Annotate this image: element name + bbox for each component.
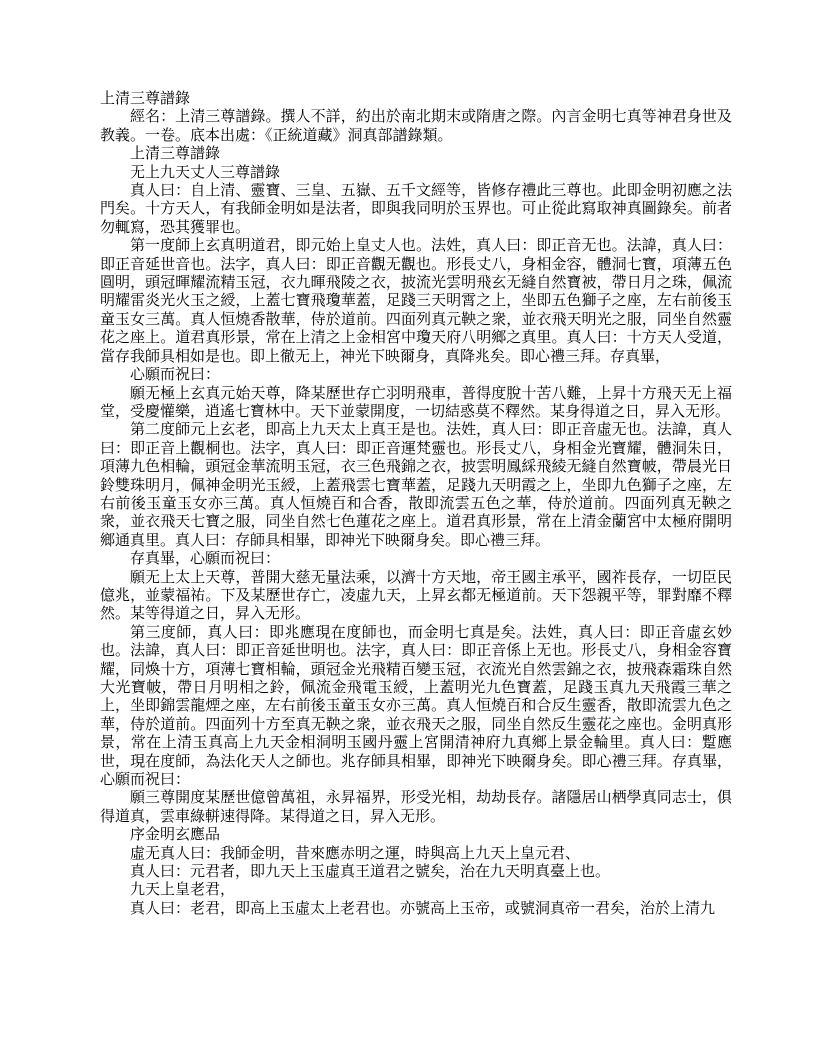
document-body: 上清三尊譜錄 經名：上清三尊譜錄。撰人不詳，約出於南北期末或隋唐之際。內言金明七… <box>100 90 732 918</box>
paragraph-xuwu-zhenren: 虛无真人曰：我師金明，昔來應赤明之運，時與高上九天上皇元君、 <box>100 845 732 863</box>
paragraph-prayer-1: 願无極上玄真元始天尊，降某歷世存亡羽明飛車，普得度脫十苦八難，上昇十方飛天无上福… <box>100 385 732 422</box>
paragraph-prayer-intro-2: 存真畢，心願而祝曰： <box>100 550 732 568</box>
document-page: 上清三尊譜錄 經名：上清三尊譜錄。撰人不詳，約出於南北期末或隋唐之際。內言金明七… <box>0 0 816 1056</box>
paragraph-laojun-line: 九天上皇老君， <box>100 881 732 899</box>
scripture-title-line: 上清三尊譜錄 <box>100 145 732 163</box>
section-title-xu-jinming: 序金明玄應品 <box>100 826 732 844</box>
paragraph-first-master: 第一度師上玄真明道君，即元始上皇丈人也。法姓，真人曰：即正音无也。法諱，真人曰：… <box>100 237 732 366</box>
paragraph-laojun-note: 真人曰：老君，即高上玉虛太上老君也。亦號高上玉帝，或號洞真帝一君矣，治於上清九 <box>100 900 732 918</box>
paragraph-intro: 真人曰：自上清、靈寶、三皇、五嶽、五千文經等，皆修存禮此三尊也。此即金明初應之法… <box>100 182 732 237</box>
colophon-paragraph: 經名：上清三尊譜錄。撰人不詳，約出於南北期末或隋唐之際。內言金明七真等神君身世及… <box>100 108 732 145</box>
paragraph-prayer-2: 願无上太上天尊，普開大慈无量法乘，以濟十方天地，帝王國主承平，國祚長存，一切臣民… <box>100 569 732 624</box>
paragraph-yuanjun-note: 真人曰：元君者，即九天上玉虛真王道君之號矣，治在九天明真臺上也。 <box>100 863 732 881</box>
document-title: 上清三尊譜錄 <box>100 90 732 108</box>
paragraph-third-master: 第三度師，真人曰：即兆應現在度師也，而金明七真是矣。法姓，真人曰：即正音虛玄妙也… <box>100 624 732 790</box>
paragraph-prayer-3: 願三尊開度某歷世億曾萬祖，永昇福界，形受光相，劫劫長存。諸隱居山栖學真同志士，俱… <box>100 789 732 826</box>
section-title-sanzun-pulu: 无上九天丈人三尊譜錄 <box>100 164 732 182</box>
paragraph-prayer-intro-1: 心願而祝曰： <box>100 366 732 384</box>
paragraph-second-master: 第二度師元上玄老，即高上九天太上真王是也。法姓，真人曰：即正音虛无也。法諱，真人… <box>100 421 732 550</box>
